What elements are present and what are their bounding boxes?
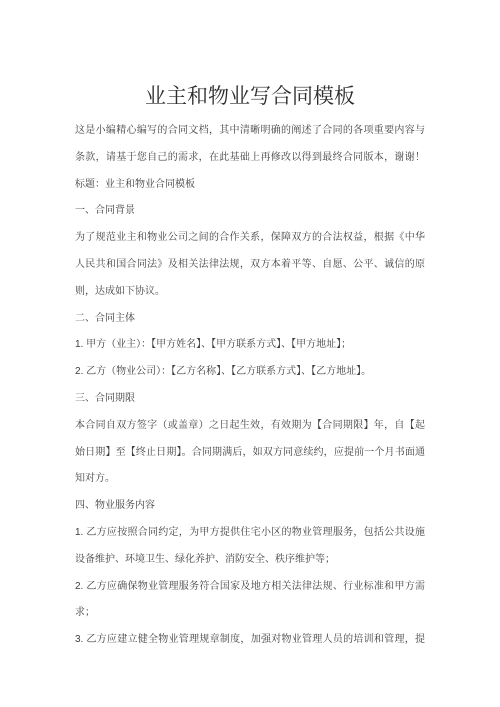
list-item: 2. 乙方应确保物业管理服务符合国家及地方相关法律法规、行业标准和甲方需 xyxy=(75,574,425,601)
section-heading: 四、物业服务内容 xyxy=(75,493,425,520)
document-title: 业主和物业写合同模板 xyxy=(0,0,500,109)
text-line: 标题：业主和物业合同模板 xyxy=(75,172,425,199)
document-body: 这是小编精心编写的合同文档，其中清晰明确的阐述了合同的各项重要内容与 条款，请基… xyxy=(0,109,500,654)
list-item: 设备维护、环境卫生、绿化养护、消防安全、秩序维护等； xyxy=(75,547,425,574)
text-line: 人民共和国合同法》及相关法律法规，双方本着平等、自愿、公平、诚信的原 xyxy=(75,252,425,279)
list-item: 2. 乙方（物业公司）：【乙方名称】、【乙方联系方式】、【乙方地址】。 xyxy=(75,359,425,386)
section-heading: 三、合同期限 xyxy=(75,386,425,413)
text-line: 本合同自双方签字（或盖章）之日起生效，有效期为【合同期限】年，自【起 xyxy=(75,413,425,440)
section-heading: 一、合同背景 xyxy=(75,198,425,225)
document-page: 业主和物业写合同模板 这是小编精心编写的合同文档，其中清晰明确的阐述了合同的各项… xyxy=(0,0,500,707)
text-line: 这是小编精心编写的合同文档，其中清晰明确的阐述了合同的各项重要内容与 xyxy=(75,118,425,145)
text-line: 为了规范业主和物业公司之间的合作关系，保障双方的合法权益，根据《中华 xyxy=(75,225,425,252)
list-item: 1. 甲方（业主）：【甲方姓名】、【甲方联系方式】、【甲方地址】； xyxy=(75,332,425,359)
text-line: 则，达成如下协议。 xyxy=(75,279,425,306)
text-line: 始日期】至【终止日期】。合同期满后，如双方同意续约，应提前一个月书面通 xyxy=(75,440,425,467)
list-item: 求； xyxy=(75,600,425,627)
list-item: 1. 乙方应按照合同约定，为甲方提供住宅小区的物业管理服务，包括公共设施 xyxy=(75,520,425,547)
list-item: 3. 乙方应建立健全物业管理规章制度，加强对物业管理人员的培训和管理，提 xyxy=(75,627,425,654)
text-line: 知对方。 xyxy=(75,466,425,493)
section-heading: 二、合同主体 xyxy=(75,306,425,333)
text-line: 条款，请基于您自己的需求，在此基础上再修改以得到最终合同版本，谢谢！ xyxy=(75,145,425,172)
